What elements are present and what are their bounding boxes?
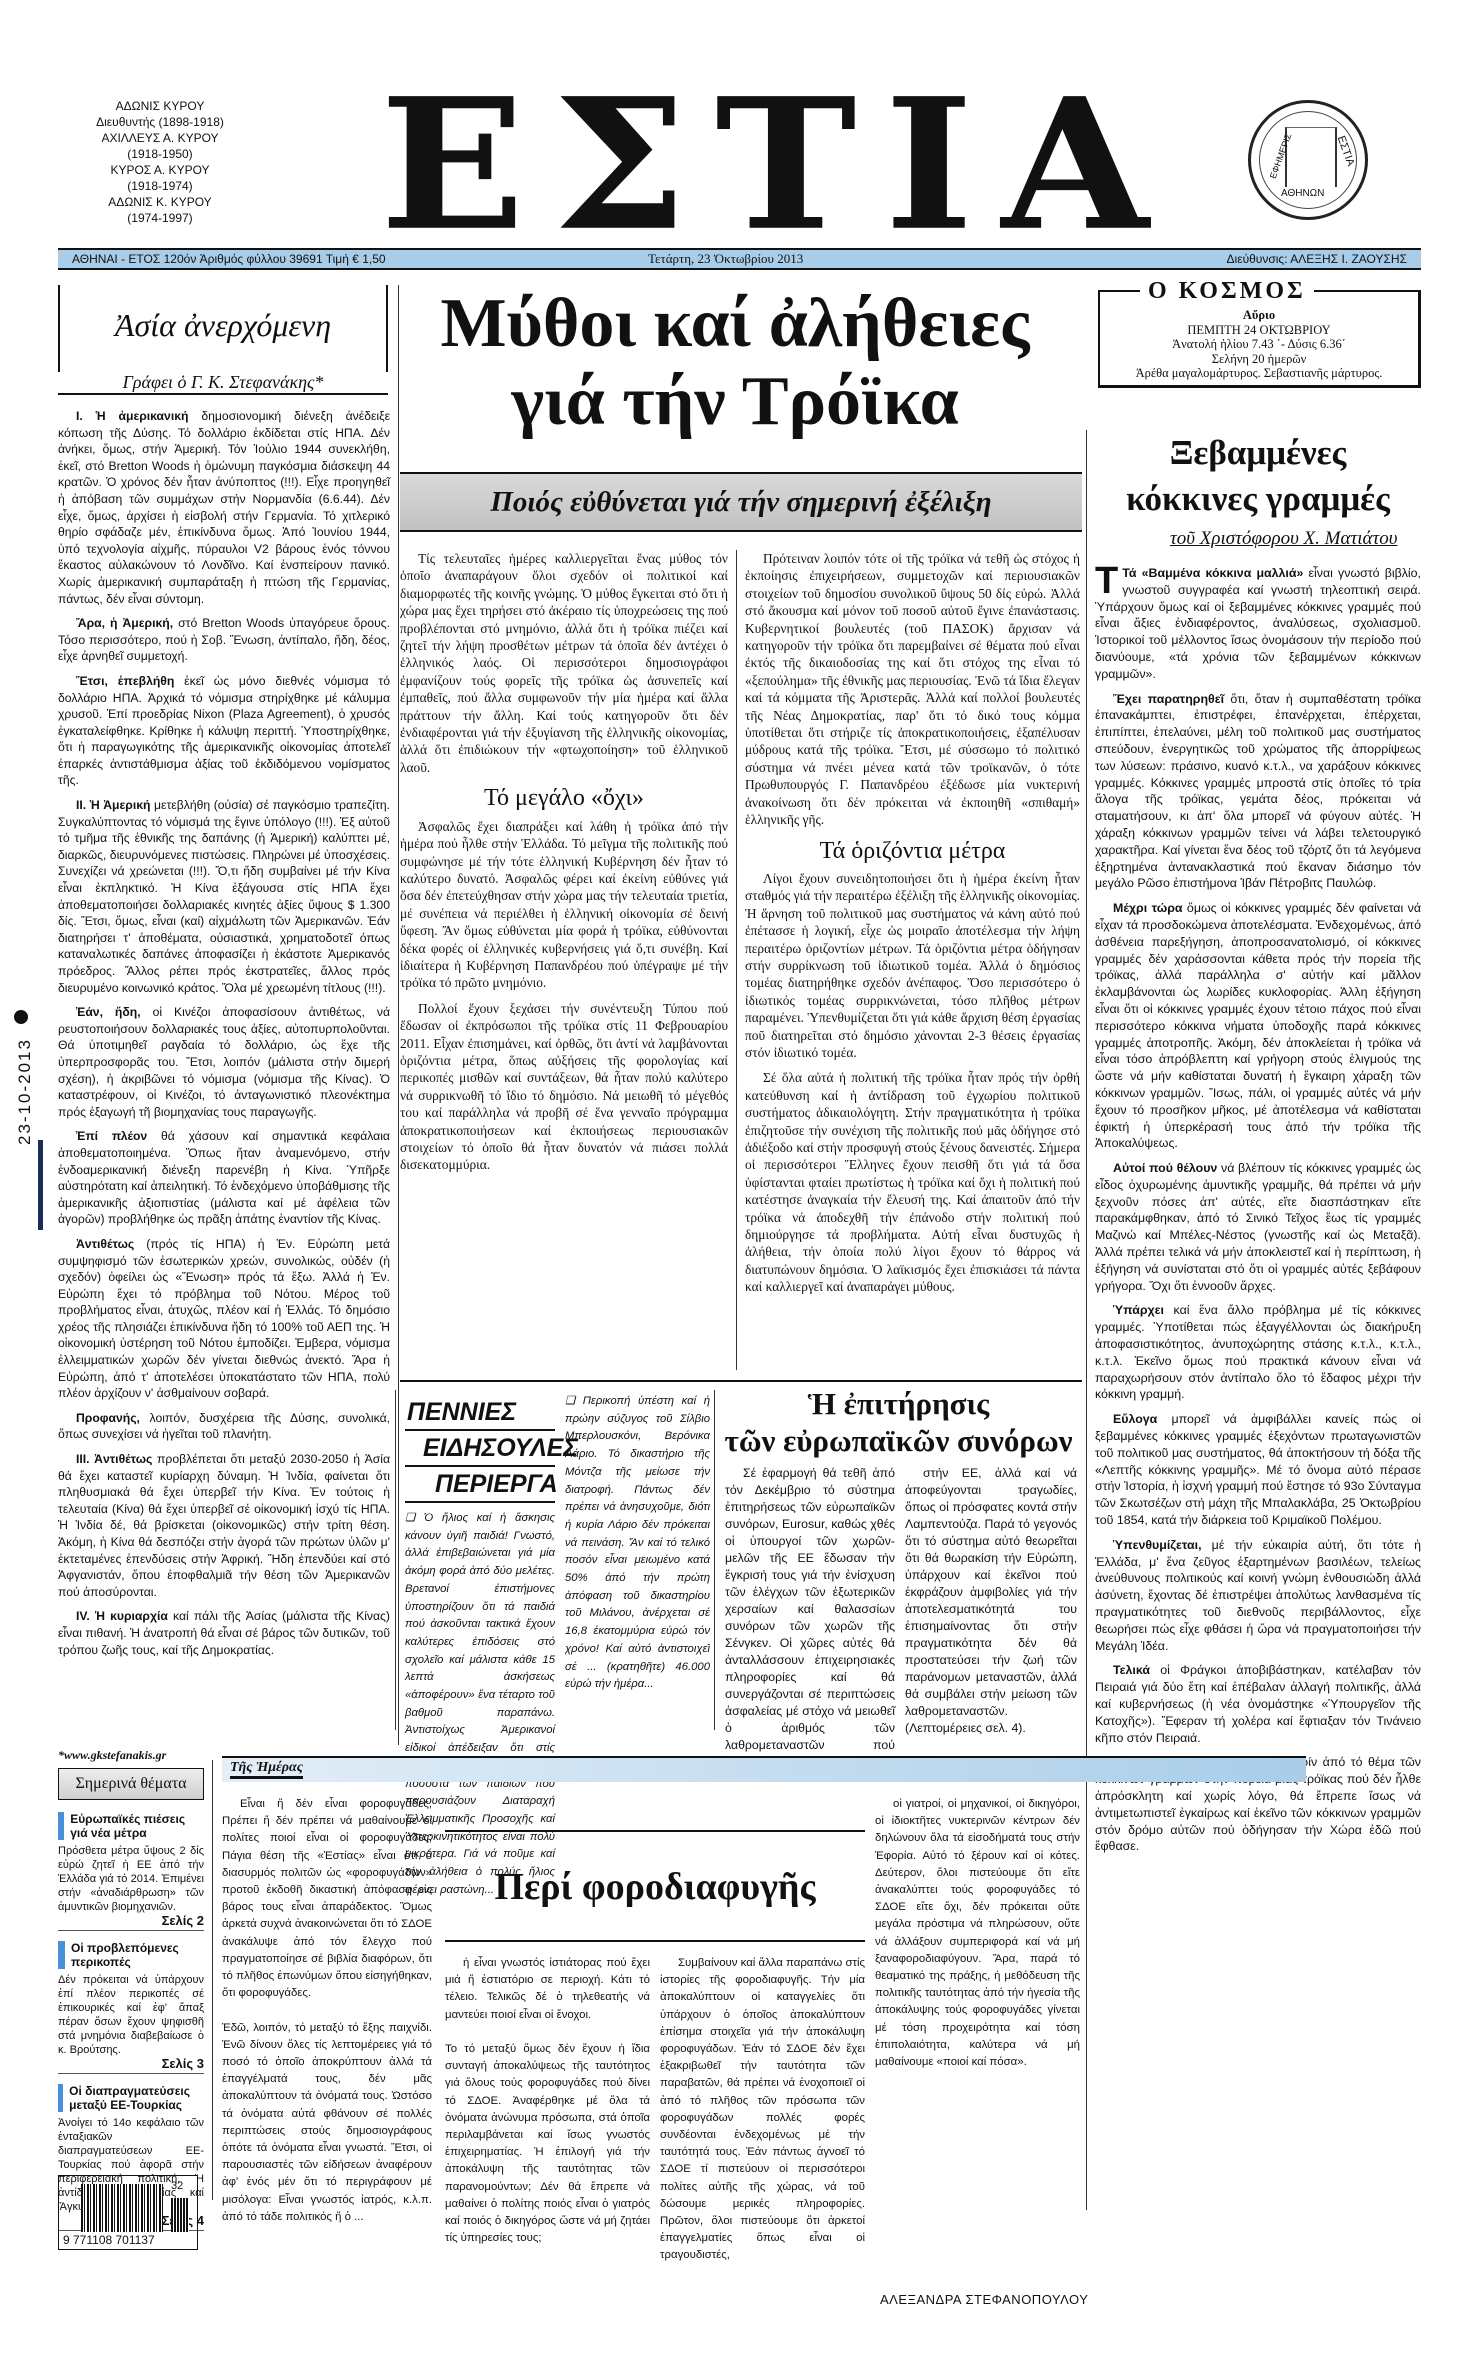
borders-headline: Ἡ ἐπιτήρησις τῶν εὐρωπαϊκῶν συνόρων [715, 1385, 1082, 1459]
kosmos-box: Ο ΚΟΣΜΟΣ Αὔριο ΠΕΜΠΤΗ 24 ΟΚΤΩΒΡΙΟΥ Ἀνατο… [1098, 290, 1421, 388]
founders-list: ΑΔΩΝΙΣ ΚΥΡΟΥ Διευθυντής (1898-1918) ΑΧΙΛ… [60, 98, 260, 226]
blue-marker-icon [58, 2084, 63, 2112]
column-divider [1086, 430, 1087, 2210]
kosmos-info: Αὔριο ΠΕΜΠΤΗ 24 ΟΚΤΩΒΡΙΟΥ Ἀνατολή ἡλίου … [1100, 308, 1418, 381]
asia-body: Ι. Ἡ ἀμερικανική δημοσιονομική διένεξη ἀ… [58, 408, 390, 1666]
lead-headline-line1: Μύθοι καί ἀλήθειες [400, 285, 1070, 363]
lead-subtitle: Ποιός εὐθύνεται γιά τήν σημερινή ἐξέλιξη [400, 474, 1082, 530]
tis-imeras-label: Τῆς Ἡμέρας [230, 1760, 303, 1779]
lead-col-2: Πρότειναν λοιπόν τότε οἱ τῆς τρόϊκα νά τ… [745, 550, 1080, 1304]
founder-name: ΑΔΩΝΙΣ Κ. ΚΥΡΟΥ [60, 194, 260, 210]
blue-marker-icon [58, 1941, 65, 1969]
lead-headline-line2: γιά τήν Τρόϊκα [400, 363, 1070, 441]
founder-years: (1918-1950) [60, 146, 260, 162]
issue-date: Τετάρτη, 23 Ὀκτωβρίου 2013 [648, 250, 803, 268]
today-topics-header: Σημερινά θέματα [58, 1768, 204, 1800]
pennies-title: ΠΕΝΝΙΕΣ ΕΙΔΗΣΟΥΛΕΣ ΠΕΡΙΕΡΓΑ [405, 1395, 555, 1503]
tis-imeras-col-3: Συμβαίνουν καί ἄλλα παραπάνω στίς ἱστορί… [660, 1955, 865, 2273]
tis-imeras-title: Περί φοροδιαφυγῆς [445, 1865, 865, 1909]
founder-name: ΑΔΩΝΙΣ ΚΥΡΟΥ [60, 98, 260, 114]
side-date: 23-10-2013 [15, 1035, 35, 1145]
asia-footnote-link[interactable]: *www.gkstefanakis.gr [58, 1748, 166, 1763]
blue-marker-icon [58, 1812, 64, 1840]
tis-imeras-col-1: Εἶναι ἤ δέν εἶναι φοροφυγάδες; Πρέπει ἤ … [222, 1796, 432, 2234]
tis-imeras-col-2: ἡ εἶναι γνωστός ἰστιάτορας πού ἔχει μιά … [445, 1955, 650, 2255]
seal-emblem-icon: ΕΦΗΜΕΡΙΣ ΕΣΤΙΑ ΑΘΗΝΩΝ [1248, 100, 1368, 220]
director-info: Διεύθυνσις: ΑΛΕΞΗΣ Ι. ΖΑΟΥΣΗΣ [1227, 250, 1407, 268]
bullet-dot-icon [14, 1010, 28, 1024]
asia-byline: Γράφει ὁ Γ. Κ. Στεφανάκης* [58, 372, 388, 393]
barcode: 32 9 771108 701137 [58, 2175, 198, 2250]
drop-cap: Τ [1095, 565, 1118, 597]
lead-subtitle-bar: Ποιός εὐθύνεται γιά τήν σημερινή ἐξέλιξη [400, 472, 1082, 532]
pennies-item: ❏ Περικοπή ὑπέστη καί ἡ πρώην σύζυγος το… [565, 1393, 710, 1728]
today-topics-list: Εὐρωπαϊκές πιέσεις γιά νέα μέτρα Πρόσθετ… [58, 1812, 204, 2231]
title-rule-bottom [445, 1940, 865, 1942]
side-marker [38, 1140, 43, 1230]
xevammenes-body: ΤΤά «Βαμμένα κόκκινα μαλλιά» εἶναι γνωστ… [1095, 565, 1421, 1863]
founder-years: Διευθυντής (1898-1918) [60, 114, 260, 130]
founder-name: ΑΧΙΛΛΕΥΣ Α. ΚΥΡΟΥ [60, 130, 260, 146]
barcode-bars-icon [81, 2184, 163, 2232]
borders-col-1: Σέ ἐφαρμογή θά τεθῆ ἀπό τόν Δεκέμβριο τό… [725, 1465, 895, 1779]
topic-item[interactable]: Οἱ προβλεπόμενες περικοπές Δέν πρόκειται… [58, 1941, 204, 2074]
founder-years: (1918-1974) [60, 178, 260, 194]
tis-imeras-author: ΑΛΕΞΑΝΔΡΑ ΣΤΕΦΑΝΟΠΟΥΛΟΥ [880, 2292, 1088, 2307]
tis-imeras-col-4: οἱ γιατροί, οἱ μηχανικοί, οἱ δικηγόροι, … [875, 1796, 1080, 2079]
heading-big-no: Τό μεγάλο «ὄχι» [400, 790, 728, 807]
section-divider [400, 1380, 1082, 1382]
topic-item[interactable]: Εὐρωπαϊκές πιέσεις γιά νέα μέτρα Πρόσθετ… [58, 1812, 204, 1931]
founder-years: (1974-1997) [60, 210, 260, 226]
lead-col-1: Τίς τελευταῖες ἡμέρες καλλιεργεῖται ἕνας… [400, 550, 728, 1182]
barcode-addon-icon [171, 2198, 189, 2232]
heading-horizontal-measures: Τά ὁριζόντια μέτρα [745, 843, 1080, 860]
column-divider [212, 1760, 213, 2200]
asia-title: Ἀσία ἀνερχόμενη [60, 307, 386, 344]
masthead-title: ΕΣΤΙΑ [380, 84, 1080, 246]
column-divider [736, 550, 737, 1370]
xevammenes-headline: Ξεβαμμένες κόκκινες γραμμές [1095, 430, 1421, 522]
borders-col-2: στήν ΕΕ, ἀλλά καί νά ἀποφεύγονται τραγωδ… [905, 1465, 1077, 1745]
issue-info: ΑΘΗΝΑΙ - ΕΤΟΣ 120όν Ἀριθμός φύλλου 39691… [72, 250, 386, 268]
kosmos-title: Ο ΚΟΣΜΟΣ [1140, 278, 1314, 305]
info-bar: ΑΘΗΝΑΙ - ΕΤΟΣ 120όν Ἀριθμός φύλλου 39691… [58, 248, 1421, 270]
title-rule-top [445, 1830, 865, 1832]
seal-text-bottom: ΑΘΗΝΩΝ [1281, 188, 1324, 199]
lead-headline: Μύθοι καί ἀλήθειες γιά τήν Τρόϊκα [400, 285, 1070, 441]
founder-name: ΚΥΡΟΣ Α. ΚΥΡΟΥ [60, 162, 260, 178]
tis-imeras-bar: Τῆς Ἡμέρας [222, 1756, 1306, 1782]
xevammenes-byline: τοῦ Χριστόφορου Χ. Ματιάτου [1170, 528, 1398, 550]
